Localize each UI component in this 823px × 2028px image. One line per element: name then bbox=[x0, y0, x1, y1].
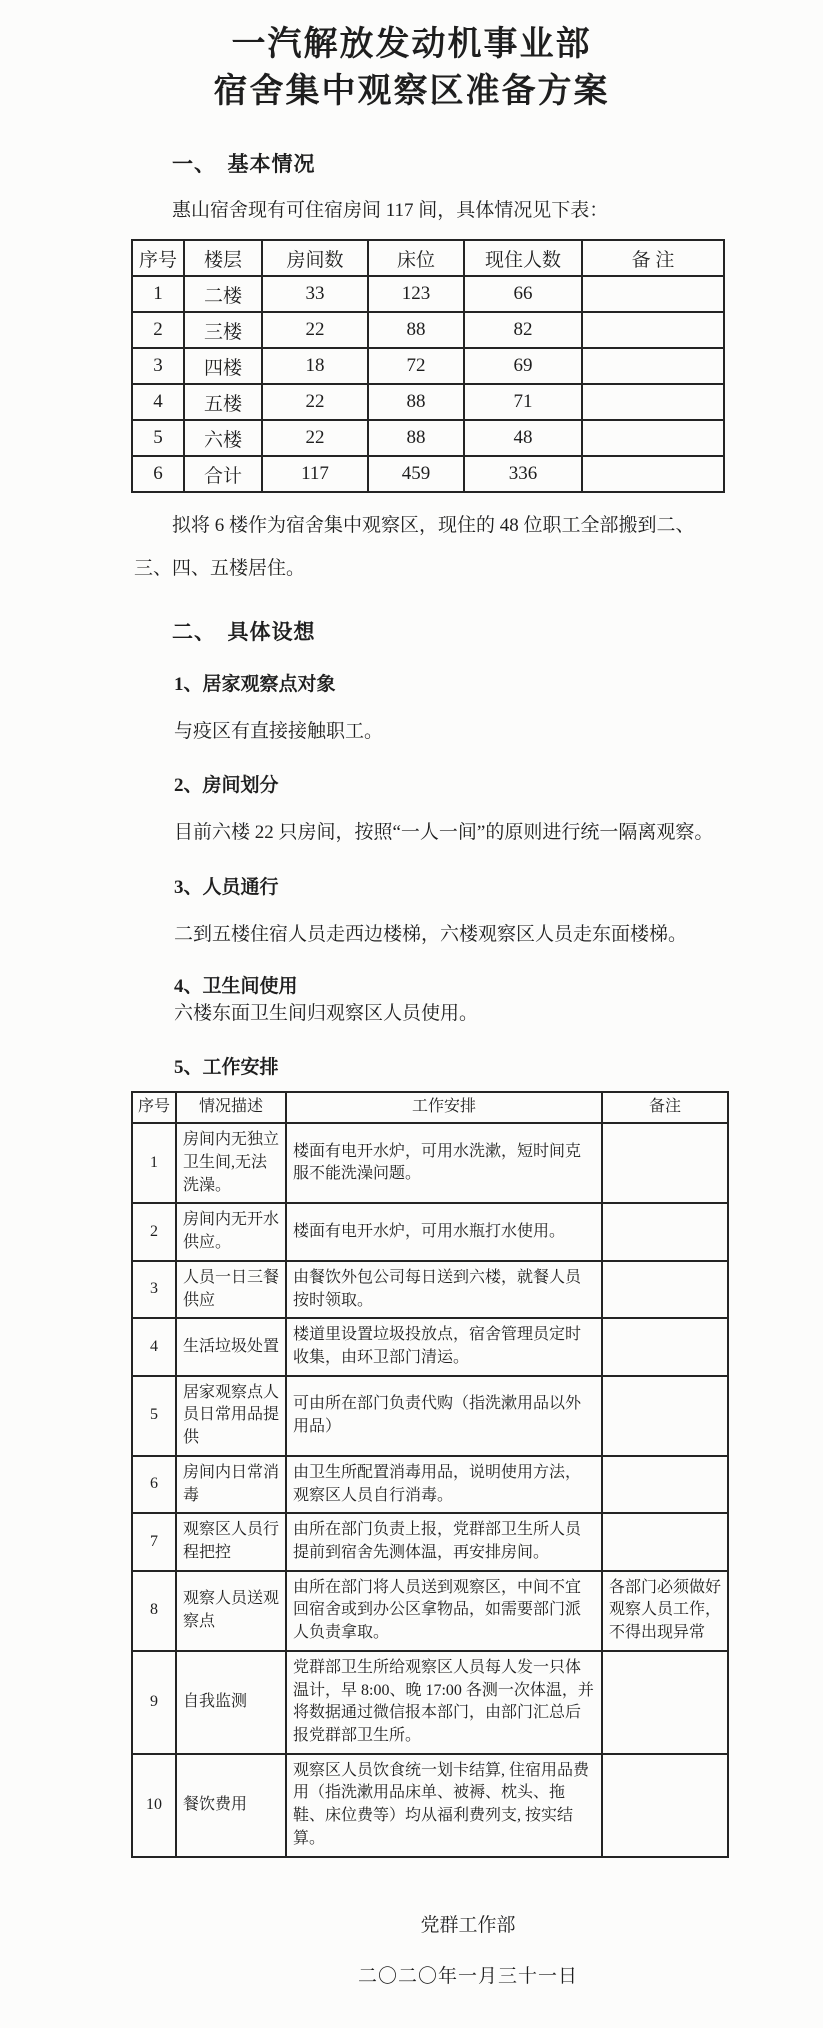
table-cell: 69 bbox=[464, 348, 582, 384]
table-cell: 生活垃圾处置 bbox=[176, 1318, 286, 1375]
table-cell: 5 bbox=[132, 1376, 176, 1456]
work-table-body: 1房间内无独立卫生间,无法洗澡。楼面有电开水炉，可用水洗漱，短时间克服不能洗澡问… bbox=[132, 1123, 728, 1856]
table-cell bbox=[602, 1651, 728, 1754]
table-cell: 66 bbox=[464, 276, 582, 312]
table-row: 1房间内无独立卫生间,无法洗澡。楼面有电开水炉，可用水洗漱，短时间克服不能洗澡问… bbox=[132, 1123, 728, 1203]
column-header: 备 注 bbox=[582, 240, 724, 276]
signature-date: 二〇二〇年一月三十一日 bbox=[318, 1961, 618, 1988]
subsection-2-body: 目前六楼 22 只房间，按照“一人一间”的原则进行统一隔离观察。 bbox=[134, 818, 727, 848]
floor-table-header-row: 序号 楼层 房间数 床位 现住人数 备 注 bbox=[132, 240, 724, 276]
work-arrangement-table: 序号 情况描述 工作安排 备注 1房间内无独立卫生间,无法洗澡。楼面有电开水炉，… bbox=[131, 1091, 729, 1857]
table-cell bbox=[582, 384, 724, 420]
table-cell: 居家观察点人员日常用品提供 bbox=[176, 1376, 286, 1456]
table-row: 6房间内日常消毒由卫生所配置消毒用品，说明使用方法，观察区人员自行消毒。 bbox=[132, 1456, 728, 1513]
table-cell: 各部门必须做好观察人员工作，不得出现异常 bbox=[602, 1571, 728, 1651]
title-line-2: 宿舍集中观察区准备方案 bbox=[0, 69, 823, 116]
column-header: 备注 bbox=[602, 1092, 728, 1123]
document-title: 一汽解放发动机事业部 宿舍集中观察区准备方案 bbox=[0, 22, 823, 116]
column-header: 情况描述 bbox=[176, 1092, 286, 1123]
table-cell: 三楼 bbox=[184, 312, 262, 348]
table-cell: 48 bbox=[464, 420, 582, 456]
section-2-heading: 二、 具体设想 bbox=[134, 616, 727, 646]
table-cell: 2 bbox=[132, 312, 184, 348]
table-row: 6合计117459336 bbox=[132, 456, 724, 492]
table-cell: 观察区人员行程把控 bbox=[176, 1513, 286, 1570]
table-cell: 五楼 bbox=[184, 384, 262, 420]
work-table-header-row: 序号 情况描述 工作安排 备注 bbox=[132, 1092, 728, 1123]
subsection-1-body: 与疫区有直接接触职工。 bbox=[134, 717, 727, 747]
table-cell bbox=[602, 1123, 728, 1203]
table-cell: 人员一日三餐供应 bbox=[176, 1261, 286, 1318]
table-cell: 观察区人员饮食统一划卡结算, 住宿用品费用（指洗漱用品床单、被褥、枕头、拖鞋、床… bbox=[286, 1754, 602, 1857]
signature-department: 党群工作部 bbox=[318, 1910, 618, 1937]
table-row: 7观察区人员行程把控由所在部门负责上报，党群部卫生所人员提前到宿舍先测体温，再安… bbox=[132, 1513, 728, 1570]
document-body: 一、 基本情况 惠山宿舍现有可住宿房间 117 间，具体情况见下表： 序号 楼层… bbox=[0, 148, 823, 1858]
table-cell bbox=[582, 456, 724, 492]
table-cell: 22 bbox=[262, 312, 368, 348]
document-page: 一汽解放发动机事业部 宿舍集中观察区准备方案 一、 基本情况 惠山宿舍现有可住宿… bbox=[0, 0, 823, 2028]
section-1-heading: 一、 基本情况 bbox=[134, 148, 727, 178]
table-cell bbox=[602, 1318, 728, 1375]
table-row: 2三楼228882 bbox=[132, 312, 724, 348]
subsection-3-body: 二到五楼住宿人员走西边楼梯，六楼观察区人员走东面楼梯。 bbox=[134, 920, 727, 950]
table-cell bbox=[602, 1513, 728, 1570]
table-cell: 由所在部门将人员送到观察区，中间不宜回宿舍或到办公区拿物品，如需要部门派人负责拿… bbox=[286, 1571, 602, 1651]
table-cell: 33 bbox=[262, 276, 368, 312]
table-cell: 由餐饮外包公司每日送到六楼，就餐人员按时领取。 bbox=[286, 1261, 602, 1318]
table-cell: 观察人员送观察点 bbox=[176, 1571, 286, 1651]
table-cell: 88 bbox=[368, 312, 464, 348]
table-cell: 合计 bbox=[184, 456, 262, 492]
table-cell: 自我监测 bbox=[176, 1651, 286, 1754]
table-cell: 22 bbox=[262, 384, 368, 420]
table-cell: 房间内无开水供应。 bbox=[176, 1203, 286, 1260]
table-cell: 5 bbox=[132, 420, 184, 456]
table-cell: 82 bbox=[464, 312, 582, 348]
table-cell: 4 bbox=[132, 1318, 176, 1375]
column-header: 房间数 bbox=[262, 240, 368, 276]
table-cell: 7 bbox=[132, 1513, 176, 1570]
table-cell bbox=[582, 276, 724, 312]
floor-table-body: 1二楼33123662三楼2288823四楼1872694五楼2288715六楼… bbox=[132, 276, 724, 492]
table-row: 1二楼3312366 bbox=[132, 276, 724, 312]
column-header: 序号 bbox=[132, 240, 184, 276]
table-cell: 餐饮费用 bbox=[176, 1754, 286, 1857]
title-line-1: 一汽解放发动机事业部 bbox=[0, 22, 823, 69]
section-1-intro: 惠山宿舍现有可住宿房间 117 间，具体情况见下表： bbox=[134, 195, 727, 226]
table-row: 9自我监测党群部卫生所给观察区人员每人发一只体温计，早 8:00、晚 17:00… bbox=[132, 1651, 728, 1754]
table-cell: 楼面有电开水炉，可用水洗漱，短时间克服不能洗澡问题。 bbox=[286, 1123, 602, 1203]
subsection-4-heading: 4、卫生间使用 bbox=[134, 971, 727, 998]
column-header: 工作安排 bbox=[286, 1092, 602, 1123]
table-cell bbox=[582, 348, 724, 384]
table-row: 5居家观察点人员日常用品提供可由所在部门负责代购（指洗漱用品以外用品） bbox=[132, 1376, 728, 1456]
table-row: 3四楼187269 bbox=[132, 348, 724, 384]
table-cell: 房间内日常消毒 bbox=[176, 1456, 286, 1513]
table-cell: 1 bbox=[132, 276, 184, 312]
table-cell: 88 bbox=[368, 384, 464, 420]
table-cell: 88 bbox=[368, 420, 464, 456]
table-cell bbox=[582, 420, 724, 456]
table-cell: 72 bbox=[368, 348, 464, 384]
table-cell: 22 bbox=[262, 420, 368, 456]
table-row: 4生活垃圾处置楼道里设置垃圾投放点，宿舍管理员定时收集，由环卫部门清运。 bbox=[132, 1318, 728, 1375]
subsection-5-heading: 5、工作安排 bbox=[134, 1052, 727, 1079]
column-header: 现住人数 bbox=[464, 240, 582, 276]
table-cell: 党群部卫生所给观察区人员每人发一只体温计，早 8:00、晚 17:00 各测一次… bbox=[286, 1651, 602, 1754]
subsection-2-heading: 2、房间划分 bbox=[134, 770, 727, 797]
column-header: 序号 bbox=[132, 1092, 176, 1123]
table-cell: 楼面有电开水炉，可用水瓶打水使用。 bbox=[286, 1203, 602, 1260]
table-row: 10餐饮费用观察区人员饮食统一划卡结算, 住宿用品费用（指洗漱用品床单、被褥、枕… bbox=[132, 1754, 728, 1857]
table-cell: 9 bbox=[132, 1651, 176, 1754]
table-cell: 3 bbox=[132, 348, 184, 384]
table-cell: 由卫生所配置消毒用品，说明使用方法，观察区人员自行消毒。 bbox=[286, 1456, 602, 1513]
table-cell bbox=[602, 1203, 728, 1260]
table-cell: 4 bbox=[132, 384, 184, 420]
table-cell: 8 bbox=[132, 1571, 176, 1651]
plan-note-line-2: 三、四、五楼居住。 bbox=[134, 553, 727, 584]
table-row: 3人员一日三餐供应由餐饮外包公司每日送到六楼，就餐人员按时领取。 bbox=[132, 1261, 728, 1318]
table-cell: 2 bbox=[132, 1203, 176, 1260]
table-row: 2房间内无开水供应。楼面有电开水炉，可用水瓶打水使用。 bbox=[132, 1203, 728, 1260]
table-cell: 由所在部门负责上报，党群部卫生所人员提前到宿舍先测体温，再安排房间。 bbox=[286, 1513, 602, 1570]
table-cell bbox=[602, 1456, 728, 1513]
table-cell: 可由所在部门负责代购（指洗漱用品以外用品） bbox=[286, 1376, 602, 1456]
table-cell: 楼道里设置垃圾投放点，宿舍管理员定时收集，由环卫部门清运。 bbox=[286, 1318, 602, 1375]
table-cell bbox=[602, 1376, 728, 1456]
column-header: 床位 bbox=[368, 240, 464, 276]
table-row: 4五楼228871 bbox=[132, 384, 724, 420]
table-cell: 房间内无独立卫生间,无法洗澡。 bbox=[176, 1123, 286, 1203]
table-cell: 117 bbox=[262, 456, 368, 492]
subsection-1-heading: 1、居家观察点对象 bbox=[134, 669, 727, 696]
table-cell bbox=[602, 1261, 728, 1318]
table-cell: 10 bbox=[132, 1754, 176, 1857]
table-cell: 1 bbox=[132, 1123, 176, 1203]
dormitory-floor-table: 序号 楼层 房间数 床位 现住人数 备 注 1二楼33123662三楼22888… bbox=[131, 239, 725, 493]
table-cell: 6 bbox=[132, 1456, 176, 1513]
table-cell: 四楼 bbox=[184, 348, 262, 384]
table-cell: 3 bbox=[132, 1261, 176, 1318]
table-cell: 123 bbox=[368, 276, 464, 312]
table-row: 8观察人员送观察点由所在部门将人员送到观察区，中间不宜回宿舍或到办公区拿物品，如… bbox=[132, 1571, 728, 1651]
subsection-3-heading: 3、人员通行 bbox=[134, 872, 727, 899]
table-cell: 二楼 bbox=[184, 276, 262, 312]
table-cell: 六楼 bbox=[184, 420, 262, 456]
plan-note-line-1: 拟将 6 楼作为宿舍集中观察区，现住的 48 位职工全部搬到二、 bbox=[134, 510, 727, 541]
table-cell: 18 bbox=[262, 348, 368, 384]
table-cell: 336 bbox=[464, 456, 582, 492]
table-cell: 459 bbox=[368, 456, 464, 492]
column-header: 楼层 bbox=[184, 240, 262, 276]
signature-block: 党群工作部 二〇二〇年一月三十一日 bbox=[318, 1910, 618, 1988]
table-cell bbox=[602, 1754, 728, 1857]
table-cell: 6 bbox=[132, 456, 184, 492]
table-cell bbox=[582, 312, 724, 348]
table-cell: 71 bbox=[464, 384, 582, 420]
table-row: 5六楼228848 bbox=[132, 420, 724, 456]
subsection-4-body: 六楼东面卫生间归观察区人员使用。 bbox=[134, 999, 727, 1029]
